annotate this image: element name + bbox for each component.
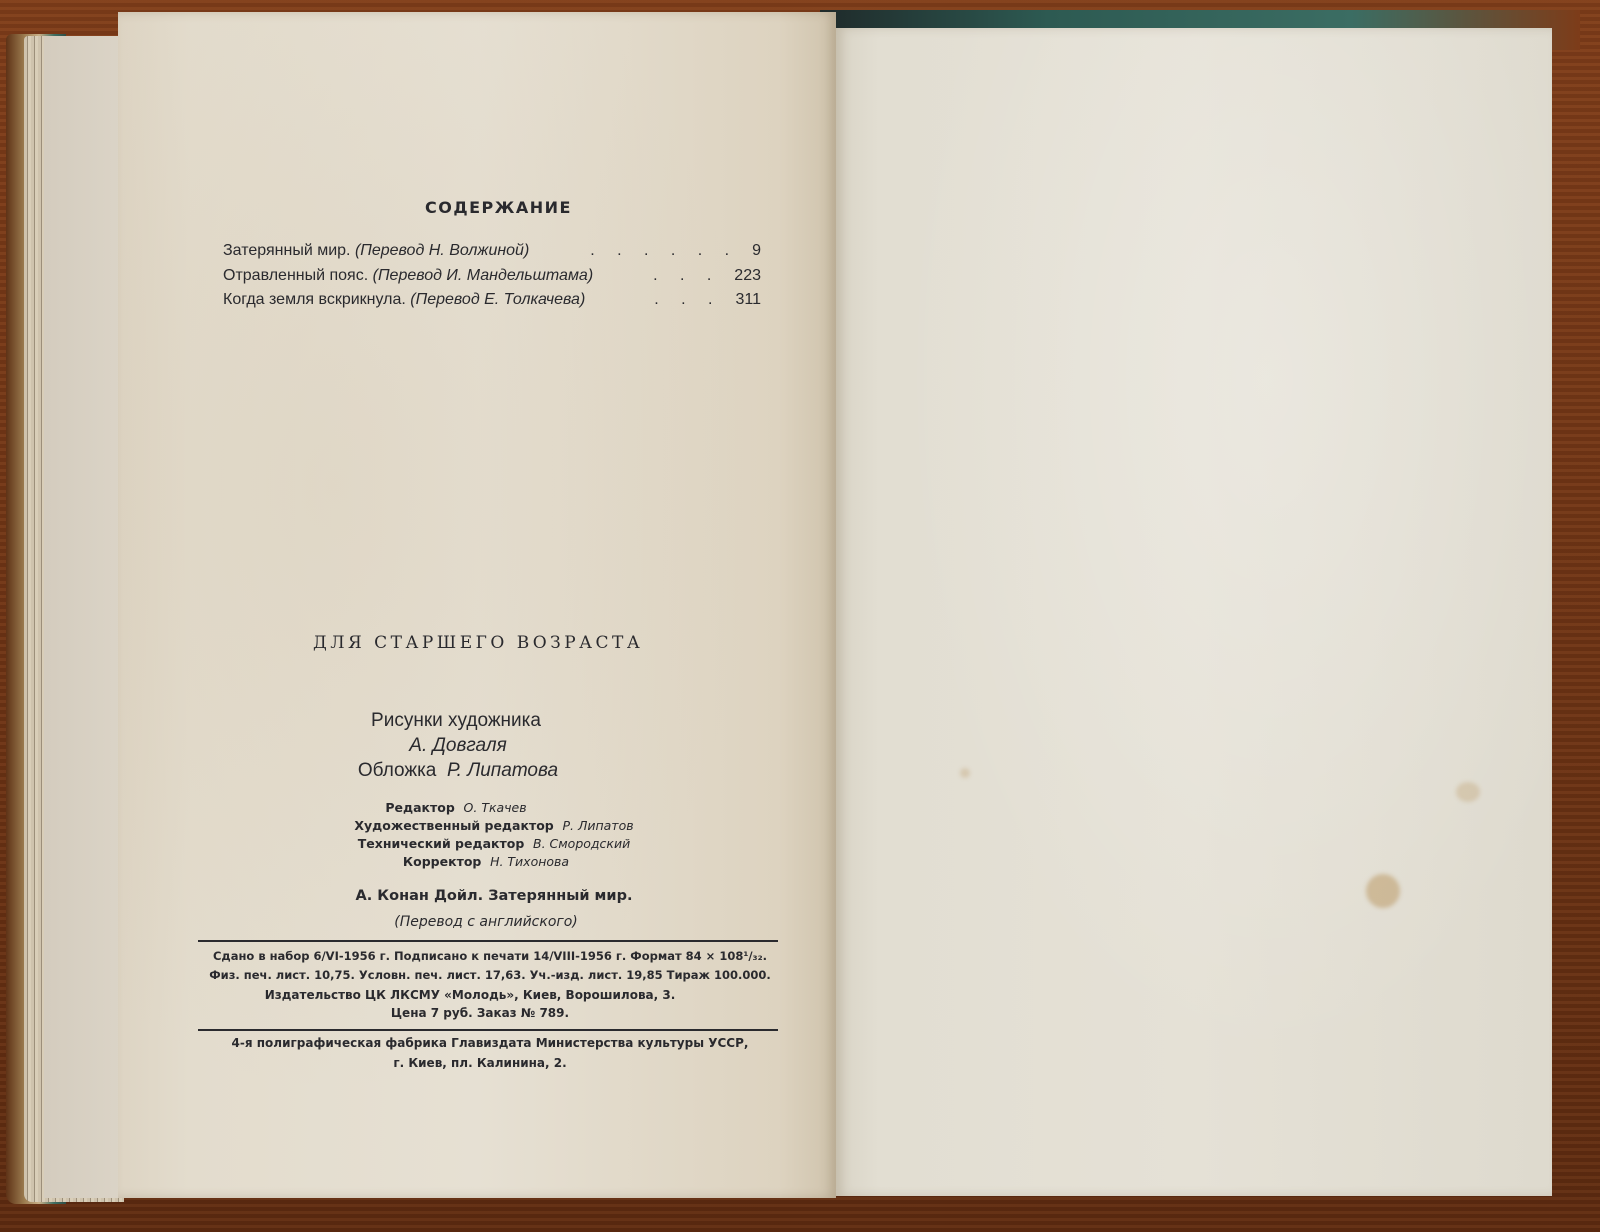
- toc-entry-translator: (Перевод Е. Толкачева): [410, 291, 585, 308]
- divider-rule: [198, 1029, 778, 1031]
- staff-role: Корректор: [403, 854, 481, 869]
- printer-line-2: г. Киев, пл. Калинина, 2.: [150, 1056, 810, 1070]
- paper-stain: [1366, 874, 1400, 908]
- staff-name: Н. Тихонова: [490, 854, 569, 869]
- staff-name: Р. Липатов: [562, 818, 633, 833]
- printer-line-1: 4-я полиграфическая фабрика Главиздата М…: [160, 1036, 820, 1050]
- toc-entry-page: 9: [752, 242, 761, 260]
- age-rating: ДЛЯ СТАРШЕГО ВОЗРАСТА: [313, 633, 643, 653]
- cover-label: Обложка: [358, 760, 436, 781]
- toc-leader-dots: . . .: [585, 291, 735, 309]
- illustrations-label: Рисунки художника: [126, 710, 786, 732]
- toc-leader-dots: . . .: [593, 267, 734, 285]
- book-title-line: А. Конан Дойл. Затерянный мир.: [164, 888, 824, 904]
- toc-entry-page: 223: [734, 267, 761, 285]
- toc-entry-page: 311: [735, 291, 761, 309]
- staff-name: В. Смородский: [533, 836, 630, 851]
- staff-role: Технический редактор: [358, 836, 525, 851]
- toc-entry-title: Когда земля вскрикнула.: [223, 291, 406, 308]
- illustrations-artist: А. Довгаля: [128, 735, 788, 757]
- right-page-blank: [836, 28, 1552, 1196]
- divider-rule: [198, 940, 778, 942]
- toc-entry: Затерянный мир. (Перевод Н. Волжиной) . …: [223, 242, 761, 260]
- staff-tech-editor: Технический редактор В. Смородский: [164, 836, 824, 851]
- paper-stain: [960, 768, 970, 778]
- staff-art-editor: Художественный редактор Р. Липатов: [164, 818, 824, 833]
- imprint-price: Цена 7 руб. Заказ № 789.: [150, 1006, 810, 1020]
- toc-entry-translator: (Перевод Н. Волжиной): [355, 242, 529, 259]
- toc-entry-title: Затерянный мир.: [223, 242, 350, 259]
- staff-editor: Редактор О. Ткачев: [126, 800, 786, 815]
- toc-entry-translator: (Перевод И. Мандельштама): [373, 267, 594, 284]
- imprint-line-1: Сдано в набор 6/VI-1956 г. Подписано к п…: [160, 949, 820, 963]
- left-page: [118, 12, 836, 1198]
- toc-entry: Когда земля вскрикнула. (Перевод Е. Толк…: [223, 291, 761, 309]
- toc-entry: Отравленный пояс. (Перевод И. Мандельшта…: [223, 267, 761, 285]
- imprint-publisher: Издательство ЦК ЛКСМУ «Молодь», Киев, Во…: [140, 988, 800, 1002]
- toc-entry-title: Отравленный пояс.: [223, 267, 368, 284]
- toc-leader-dots: . . . . . .: [529, 242, 752, 260]
- staff-role: Художественный редактор: [354, 818, 553, 833]
- staff-role: Редактор: [385, 800, 454, 815]
- staff-proofreader: Корректор Н. Тихонова: [156, 854, 816, 869]
- staff-name: О. Ткачев: [464, 800, 527, 815]
- translation-note: (Перевод с английского): [156, 914, 816, 930]
- imprint-line-2: Физ. печ. лист. 10,75. Условн. печ. лист…: [160, 968, 820, 982]
- paper-stain: [1456, 782, 1480, 802]
- contents-title: СОДЕРЖАНИЕ: [425, 198, 572, 217]
- cover-credit: Обложка Р. Липатова: [128, 760, 788, 782]
- cover-artist: Р. Липатова: [447, 760, 558, 781]
